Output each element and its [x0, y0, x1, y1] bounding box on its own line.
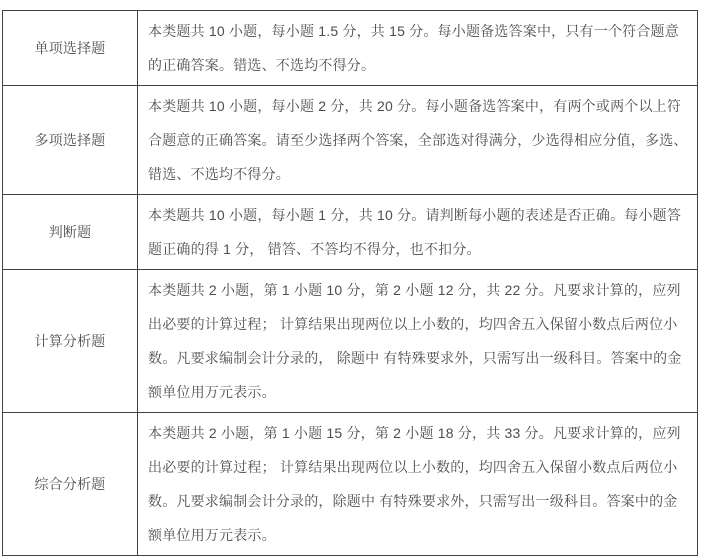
- table-row: 计算分析题 本类题共 2 小题，第 1 小题 10 分，第 2 小题 12 分，…: [3, 270, 698, 413]
- question-type-cell: 判断题: [3, 195, 138, 270]
- table-body: 单项选择题 本类题共 10 小题，每小题 1.5 分，共 15 分。每小题备选答…: [3, 11, 698, 556]
- question-description-cell: 本类题共 10 小题，每小题 1.5 分，共 15 分。每小题备选答案中，只有一…: [138, 11, 698, 86]
- question-types-table: 单项选择题 本类题共 10 小题，每小题 1.5 分，共 15 分。每小题备选答…: [2, 10, 698, 556]
- question-type-cell: 综合分析题: [3, 413, 138, 556]
- question-description-cell: 本类题共 2 小题，第 1 小题 10 分，第 2 小题 12 分，共 22 分…: [138, 270, 698, 413]
- question-description-cell: 本类题共 2 小题，第 1 小题 15 分，第 2 小题 18 分，共 33 分…: [138, 413, 698, 556]
- question-type-cell: 单项选择题: [3, 11, 138, 86]
- question-type-cell: 计算分析题: [3, 270, 138, 413]
- table-row: 判断题 本类题共 10 小题，每小题 1 分，共 10 分。请判断每小题的表述是…: [3, 195, 698, 270]
- page: 单项选择题 本类题共 10 小题，每小题 1.5 分，共 15 分。每小题备选答…: [0, 0, 702, 560]
- question-description-cell: 本类题共 10 小题，每小题 2 分，共 20 分。每小题备选答案中，有两个或两…: [138, 86, 698, 195]
- question-description-cell: 本类题共 10 小题，每小题 1 分，共 10 分。请判断每小题的表述是否正确。…: [138, 195, 698, 270]
- question-type-cell: 多项选择题: [3, 86, 138, 195]
- table-row: 单项选择题 本类题共 10 小题，每小题 1.5 分，共 15 分。每小题备选答…: [3, 11, 698, 86]
- table-row: 综合分析题 本类题共 2 小题，第 1 小题 15 分，第 2 小题 18 分，…: [3, 413, 698, 556]
- table-row: 多项选择题 本类题共 10 小题，每小题 2 分，共 20 分。每小题备选答案中…: [3, 86, 698, 195]
